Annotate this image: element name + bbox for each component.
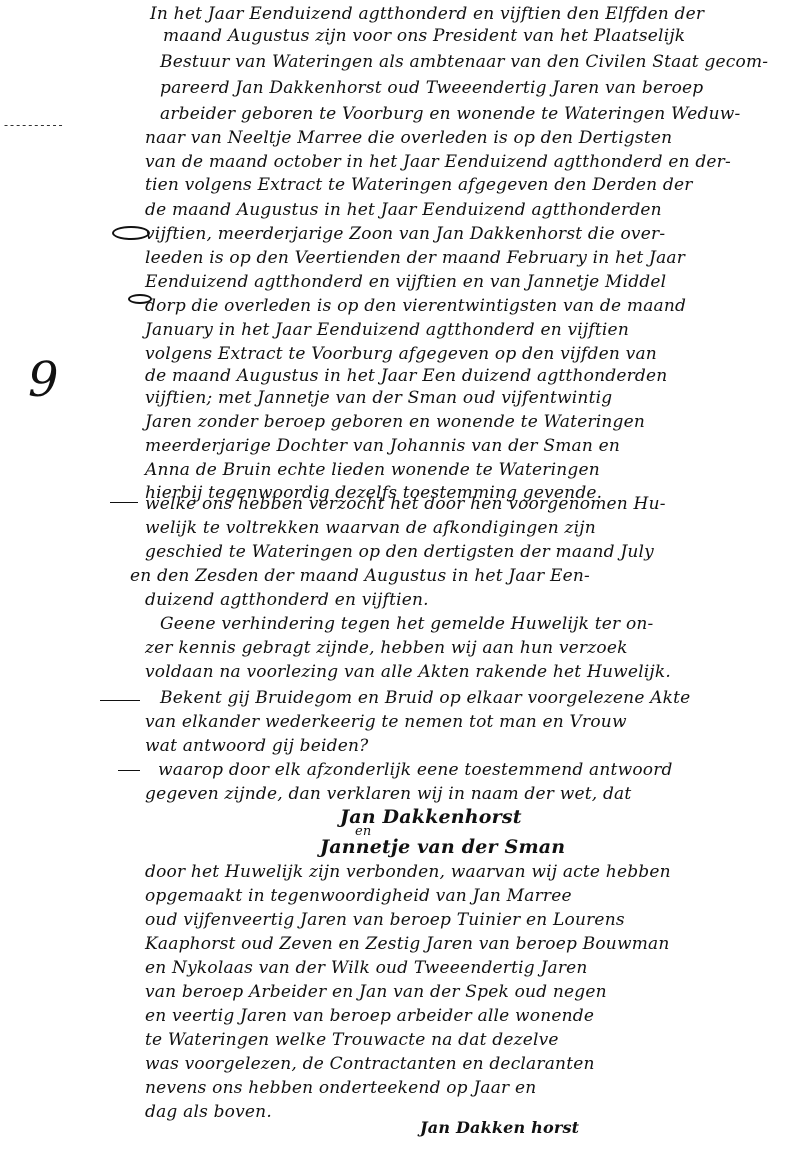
body-line: geschied te Wateringen op den dertigsten… bbox=[145, 542, 654, 562]
body-line: leeden is op den Veertienden der maand F… bbox=[145, 248, 685, 268]
body-line: Anna de Bruin echte lieden wonende te Wa… bbox=[145, 460, 600, 480]
body-line: van elkander wederkeerig te nemen tot ma… bbox=[145, 712, 627, 732]
body-line: Geene verhindering tegen het gemelde Huw… bbox=[160, 614, 654, 634]
body-line: pareerd Jan Dakkenhorst oud Tweeendertig… bbox=[160, 78, 703, 98]
body-line: van de maand october in het Jaar Eenduiz… bbox=[145, 152, 731, 172]
body-line: was voorgelezen, de Contractanten en dec… bbox=[145, 1054, 595, 1074]
body-line: In het Jaar Eenduizend agtthonderd en vi… bbox=[150, 4, 704, 24]
body-line: gegeven zijnde, dan verklaren wij in naa… bbox=[145, 784, 631, 804]
body-line: vijftien, meerderjarige Zoon van Jan Dak… bbox=[145, 224, 665, 244]
body-line: vijftien; met Jannetje van der Sman oud … bbox=[145, 388, 612, 408]
document-page: ---------- 9 In het Jaar Eenduizend agtt… bbox=[0, 0, 800, 1150]
body-line: oud vijfenveertig Jaren van beroep Tuini… bbox=[145, 910, 625, 930]
body-line: opgemaakt in tegenwoordigheid van Jan Ma… bbox=[145, 886, 572, 906]
body-line: door het Huwelijk zijn verbonden, waarva… bbox=[145, 862, 671, 882]
record-number: 9 bbox=[28, 352, 59, 408]
body-line: Jaren zonder beroep geboren en wonende t… bbox=[145, 412, 645, 432]
body-line: en veertig Jaren van beroep arbeider all… bbox=[145, 1006, 594, 1026]
body-line: Bestuur van Wateringen als ambtenaar van… bbox=[160, 52, 768, 72]
body-line: zer kennis gebragt zijnde, hebben wij aa… bbox=[145, 638, 628, 658]
paragraph-dash bbox=[100, 700, 140, 701]
body-line: tien volgens Extract te Wateringen afgeg… bbox=[145, 175, 693, 195]
body-line: waarop door elk afzonderlijk eene toeste… bbox=[158, 760, 673, 780]
body-line: dorp die overleden is op den vierentwint… bbox=[145, 296, 686, 316]
body-line: January in het Jaar Eenduizend agtthonde… bbox=[145, 320, 629, 340]
body-line: maand Augustus zijn voor ons President v… bbox=[163, 26, 685, 46]
body-line: meerderjarige Dochter van Johannis van d… bbox=[145, 436, 620, 456]
body-line: naar van Neeltje Marree die overleden is… bbox=[145, 128, 672, 148]
paragraph-dash bbox=[110, 502, 138, 503]
body-line: dag als boven. bbox=[145, 1102, 272, 1122]
paragraph-dash bbox=[118, 770, 140, 771]
body-line: nevens ons hebben onderteekend op Jaar e… bbox=[145, 1078, 536, 1098]
groom-signature: Jan Dakken horst bbox=[420, 1118, 579, 1137]
body-line: volgens Extract te Voorburg afgegeven op… bbox=[145, 344, 657, 364]
body-line: de maand Augustus in het Jaar Eenduizend… bbox=[145, 200, 662, 220]
body-line: de maand Augustus in het Jaar Een duizen… bbox=[145, 366, 667, 386]
body-line: en den Zesden der maand Augustus in het … bbox=[130, 566, 590, 586]
body-line: arbeider geboren te Voorburg en wonende … bbox=[160, 104, 740, 124]
body-line: wat antwoord gij beiden? bbox=[145, 736, 368, 756]
body-line: welke ons hebben verzocht het door hen v… bbox=[145, 494, 666, 514]
body-line: duizend agtthonderd en vijftien. bbox=[145, 590, 429, 610]
body-line: voldaan na voorlezing van alle Akten rak… bbox=[145, 662, 671, 682]
body-line: Bekent gij Bruidegom en Bruid op elkaar … bbox=[160, 688, 690, 708]
body-line: Kaaphorst oud Zeven en Zestig Jaren van … bbox=[145, 934, 670, 954]
body-line: Eenduizend agtthonderd en vijftien en va… bbox=[145, 272, 666, 292]
body-line: en Nykolaas van der Wilk oud Tweeenderti… bbox=[145, 958, 588, 978]
body-line: welijk te voltrekken waarvan de afkondig… bbox=[145, 518, 596, 538]
body-line: te Wateringen welke Trouwacte na dat dez… bbox=[145, 1030, 559, 1050]
body-line: van beroep Arbeider en Jan van der Spek … bbox=[145, 982, 607, 1002]
margin-note-top: ---------- bbox=[4, 118, 65, 132]
bride-name-heading: Jannetje van der Sman bbox=[320, 836, 565, 858]
